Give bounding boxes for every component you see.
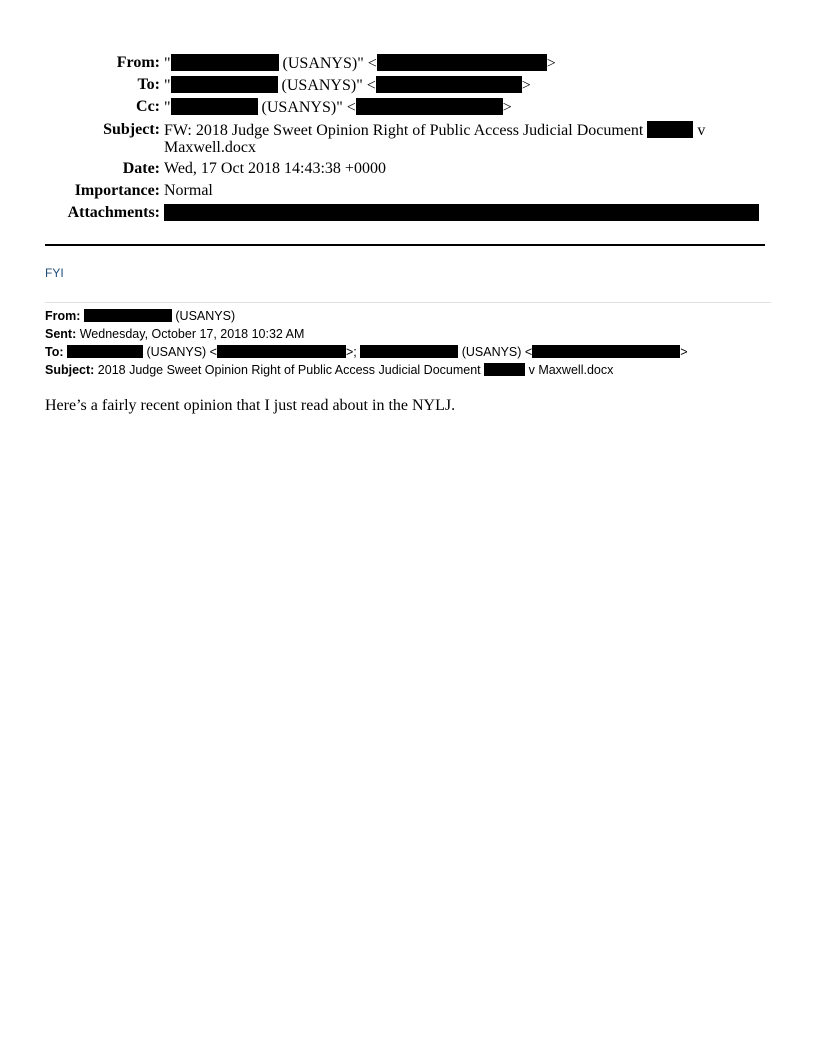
importance-value: Normal [164, 182, 213, 200]
redaction [356, 98, 503, 115]
redaction [484, 363, 525, 376]
date-value: Wed, 17 Oct 2018 14:43:38 +0000 [164, 160, 386, 178]
redaction [377, 54, 547, 71]
importance-label: Importance: [75, 182, 160, 200]
redaction [360, 345, 458, 358]
fyi-text: FYI [45, 266, 64, 280]
redaction [171, 76, 278, 93]
fw-to-row: To: (USANYS) <>; (USANYS) <> [45, 343, 688, 361]
redaction [164, 204, 759, 221]
fw-from-row: From: (USANYS) [45, 307, 235, 325]
from-label: From: [117, 54, 160, 72]
redaction [67, 345, 143, 358]
subject-line2: Maxwell.docx [164, 139, 256, 157]
redaction [532, 345, 680, 358]
attachments-label: Attachments: [68, 204, 160, 222]
fw-subject-row: Subject: 2018 Judge Sweet Opinion Right … [45, 361, 613, 379]
cc-label: Cc: [136, 98, 160, 116]
date-label: Date: [123, 160, 160, 178]
forward-divider [45, 302, 771, 303]
redaction [647, 121, 693, 138]
redaction [376, 76, 522, 93]
header-divider [45, 244, 765, 246]
message-body: Here’s a fairly recent opinion that I ju… [45, 397, 455, 415]
redaction [84, 309, 172, 322]
fw-sent-row: Sent: Wednesday, October 17, 2018 10:32 … [45, 325, 304, 343]
redaction [171, 98, 258, 115]
to-label: To: [137, 76, 160, 94]
subject-label: Subject: [103, 121, 160, 139]
redaction [217, 345, 346, 358]
redaction [171, 54, 279, 71]
